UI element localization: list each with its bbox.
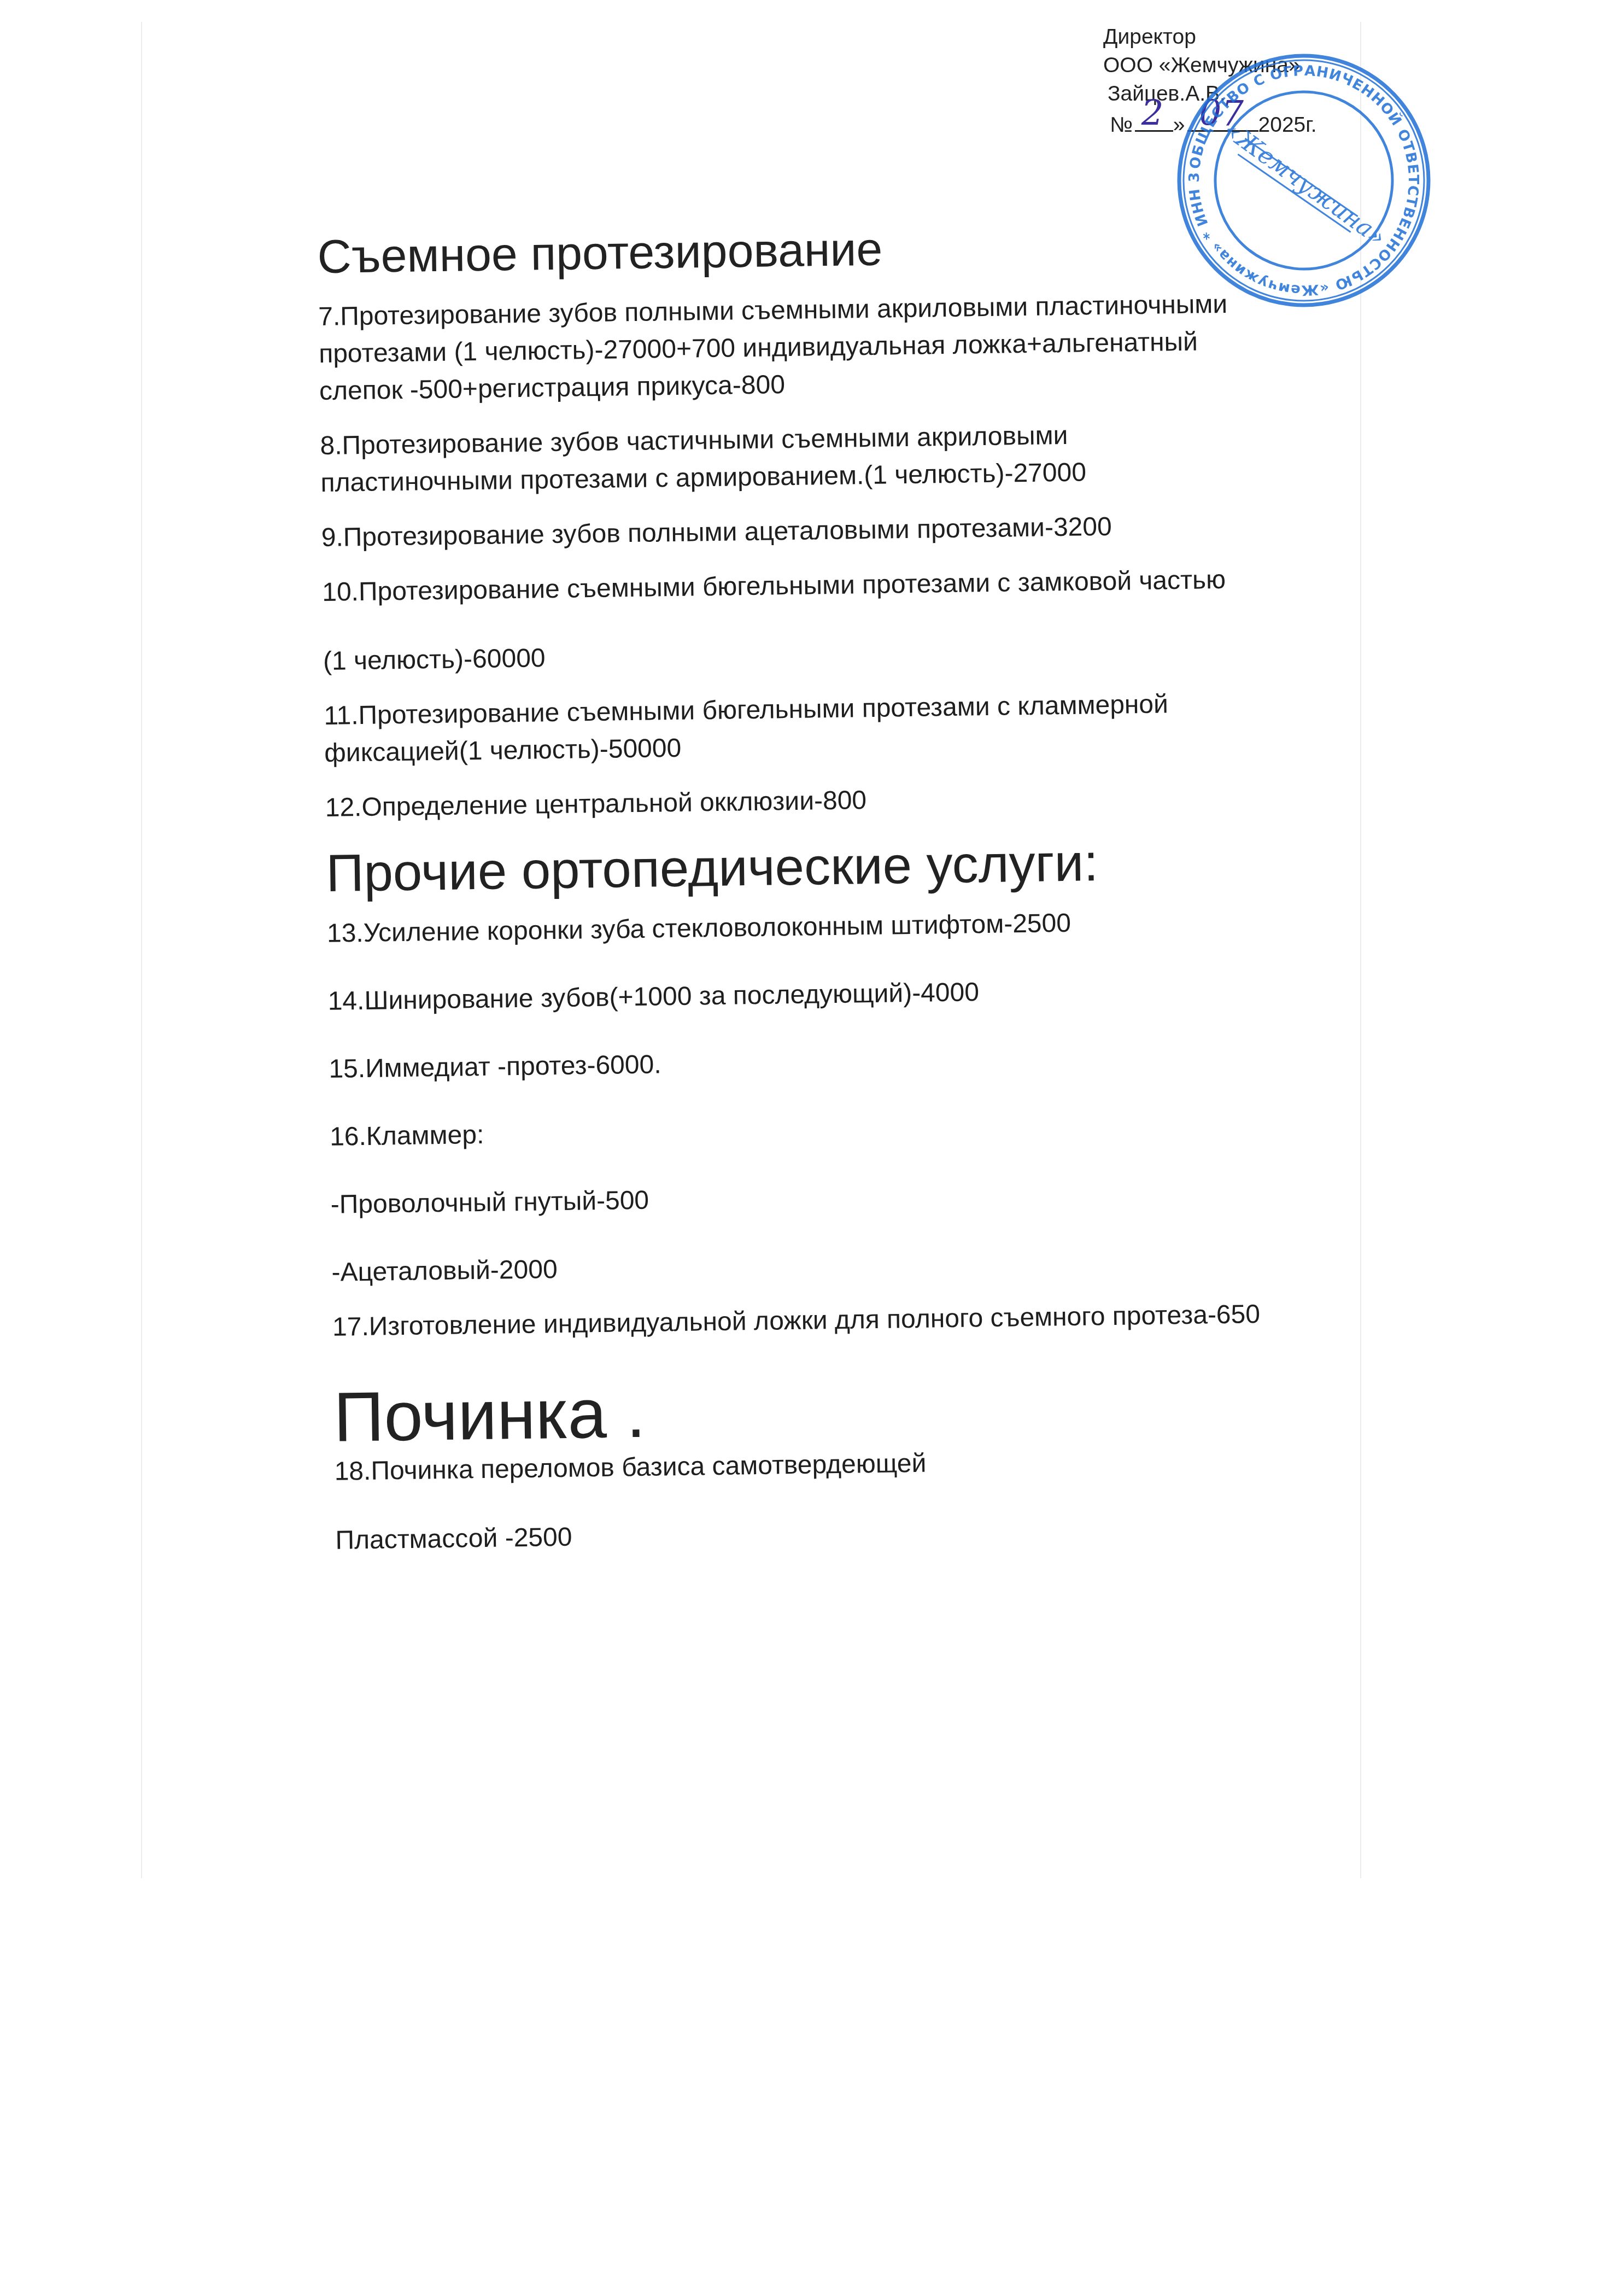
item-line: 13.Усиление коронки зуба стекловолоконны… bbox=[327, 900, 1410, 953]
handwritten-day: 2 bbox=[1141, 96, 1164, 131]
service-item-14: 14.Шинирование зубов(+1000 за последующи… bbox=[327, 968, 1410, 1020]
service-item-7: 7.Протезирование зубов полными съемными … bbox=[318, 283, 1402, 410]
item-line: 16.Кламмер: bbox=[330, 1103, 1413, 1156]
service-item-17: 17.Изготовление индивидуальной ложки для… bbox=[332, 1294, 1415, 1346]
item-line: -Ацеталовый-2000 bbox=[331, 1239, 1414, 1292]
service-item-10: 10.Протезирование съемными бюгельными пр… bbox=[322, 559, 1406, 680]
number-sign: № bbox=[1110, 113, 1133, 137]
item-line: 17.Изготовление индивидуальной ложки для… bbox=[332, 1294, 1415, 1346]
service-item-15: 15.Иммедиат -протез-6000. bbox=[329, 1036, 1412, 1088]
service-item-16: 16.Кламмер: bbox=[330, 1103, 1413, 1156]
day-blank: 2 bbox=[1135, 108, 1173, 132]
item-line: 12.Определение центральной окклюзии-800 bbox=[325, 774, 1408, 827]
price-list-content: Съемное протезирование 7.Протезирование … bbox=[317, 214, 1418, 1576]
section-title-removable-prosthetics: Съемное протезирование bbox=[317, 214, 1400, 284]
service-item-16-acetal: -Ацеталовый-2000 bbox=[331, 1239, 1414, 1292]
item-line: 14.Шинирование зубов(+1000 за последующи… bbox=[327, 968, 1410, 1020]
item-line: Пластмассой -2500 bbox=[335, 1507, 1418, 1559]
item-line: (1 челюсть)-60000 bbox=[323, 628, 1406, 680]
item-line: 10.Протезирование съемными бюгельными пр… bbox=[322, 559, 1405, 611]
item-line: -Проволочный гнутый-500 bbox=[330, 1171, 1413, 1224]
service-item-18: 18.Починка переломов базиса самотвердеющ… bbox=[334, 1438, 1418, 1559]
service-item-16-wire: -Проволочный гнутый-500 bbox=[330, 1171, 1413, 1224]
section-title-other-orthopedic: Прочие ортопедические услуги: bbox=[326, 831, 1409, 901]
service-item-11: 11.Протезирование съемными бюгельными пр… bbox=[324, 682, 1407, 772]
service-item-9: 9.Протезирование зубов полными ацеталовы… bbox=[321, 504, 1404, 557]
service-item-8: 8.Протезирование зубов частичными съемны… bbox=[320, 412, 1403, 502]
service-item-13: 13.Усиление коронки зуба стекловолоконны… bbox=[327, 900, 1410, 953]
service-item-12: 12.Определение центральной окклюзии-800 bbox=[325, 774, 1408, 827]
item-line: 9.Протезирование зубов полными ацеталовы… bbox=[321, 504, 1404, 557]
page-edge-left bbox=[141, 22, 142, 1878]
item-line: 15.Иммедиат -протез-6000. bbox=[329, 1036, 1412, 1088]
